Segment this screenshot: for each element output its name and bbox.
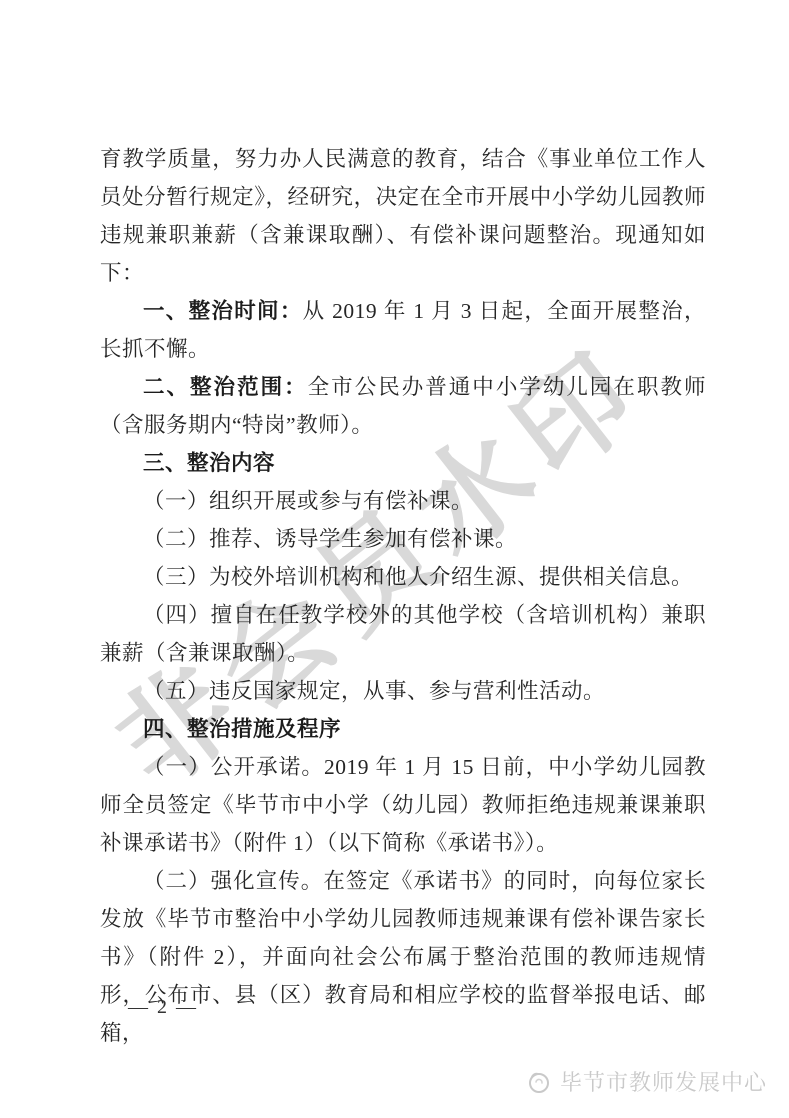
paragraph-text: 育教学质量，努力办人民满意的教育，结合《事业单位工作人员处分暂行规定》，经研究，…	[100, 147, 706, 285]
paragraph: （一）公开承诺。2019 年 1 月 15 日前，中小学幼儿园教师全员签定《毕节…	[100, 748, 706, 862]
paragraph: （一）组织开展或参与有偿补课。	[100, 482, 706, 520]
paragraph: 四、整治措施及程序	[100, 710, 706, 748]
paragraph: 二、整治范围：全市公民办普通中小学幼儿园在职教师（含服务期内“特岗”教师）。	[100, 368, 706, 444]
center-logo-icon	[525, 1068, 553, 1096]
paragraph-text: （四）擅自在任教学校外的其他学校（含培训机构）兼职兼薪（含兼课取酬）。	[100, 603, 706, 665]
paragraph-heading: 三、整治内容	[143, 451, 275, 475]
brand-footer-label: 毕节市教师发展中心	[560, 1066, 767, 1097]
brand-footer: 毕节市教师发展中心	[525, 1066, 767, 1097]
paragraph-heading: 一、整治时间：	[143, 299, 303, 323]
paragraph: （三）为校外培训机构和他人介绍生源、提供相关信息。	[100, 558, 706, 596]
paragraph-text: （一）组织开展或参与有偿补课。	[143, 489, 473, 513]
paragraph-text: （一）公开承诺。2019 年 1 月 15 日前，中小学幼儿园教师全员签定《毕节…	[100, 755, 706, 855]
paragraph: （二）推荐、诱导学生参加有偿补课。	[100, 520, 706, 558]
paragraph: （五）违反国家规定，从事、参与营利性活动。	[100, 672, 706, 710]
paragraph: （四）擅自在任教学校外的其他学校（含培训机构）兼职兼薪（含兼课取酬）。	[100, 596, 706, 672]
paragraph-text: （三）为校外培训机构和他人介绍生源、提供相关信息。	[143, 565, 693, 589]
paragraph-heading: 二、整治范围：	[143, 375, 308, 399]
paragraph: （二）强化宣传。在签定《承诺书》的同时，向每位家长发放《毕节市整治中小学幼儿园教…	[100, 862, 706, 1052]
page-number: — 2 —	[128, 996, 198, 1019]
paragraph-heading: 四、整治措施及程序	[143, 717, 341, 741]
document-body: 育教学质量，努力办人民满意的教育，结合《事业单位工作人员处分暂行规定》，经研究，…	[100, 140, 706, 1052]
paragraph: 三、整治内容	[100, 444, 706, 482]
paragraph: 一、整治时间：从 2019 年 1 月 3 日起，全面开展整治，长抓不懈。	[100, 292, 706, 368]
paragraph-text: （五）违反国家规定，从事、参与营利性活动。	[143, 679, 605, 703]
paragraph: 育教学质量，努力办人民满意的教育，结合《事业单位工作人员处分暂行规定》，经研究，…	[100, 140, 706, 292]
document-page: 非会员水印 育教学质量，努力办人民满意的教育，结合《事业单位工作人员处分暂行规定…	[0, 0, 789, 1118]
paragraph-text: （二）推荐、诱导学生参加有偿补课。	[143, 527, 517, 551]
